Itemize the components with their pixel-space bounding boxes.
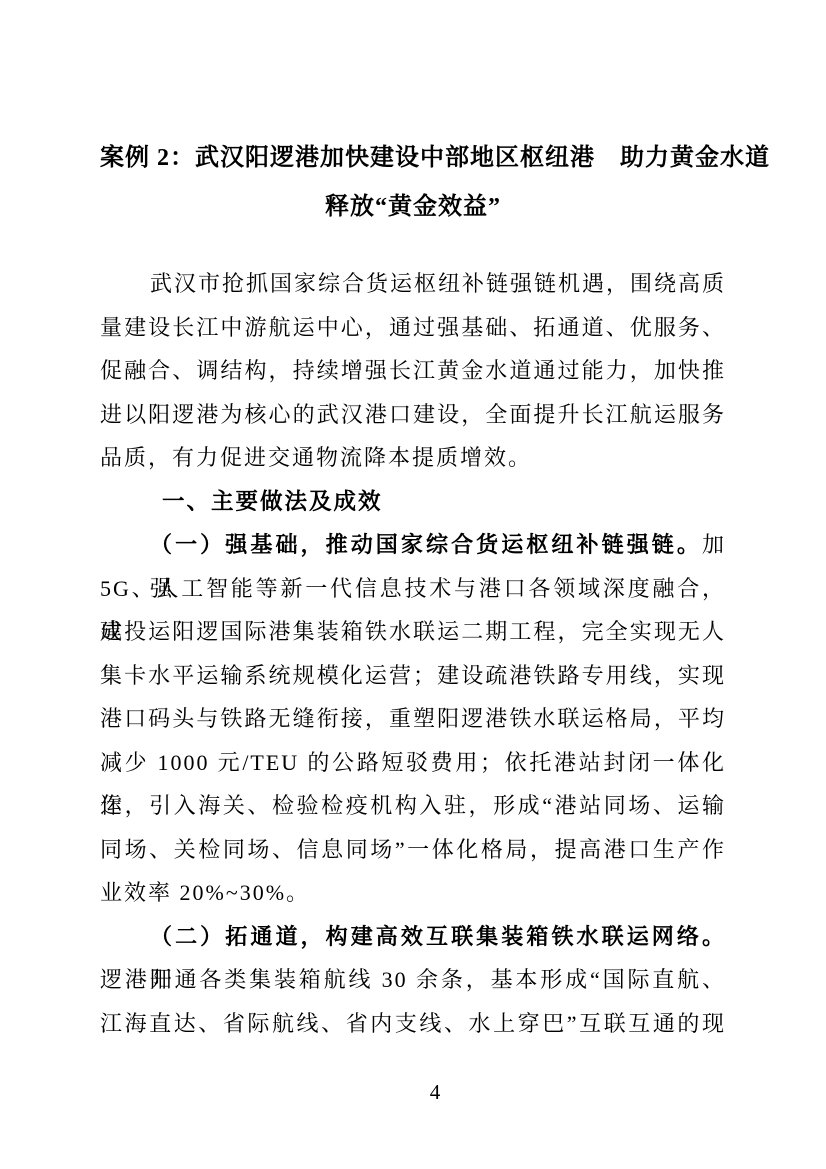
section-heading: 一、主要做法及成效: [100, 480, 726, 524]
bold-text-segment: （一）强基础，推动国家综合货运枢纽补链强链。: [150, 532, 702, 557]
bold-text-segment: （二）拓通道，构建高效互联集装箱铁水联运网络。: [150, 924, 726, 949]
body-line: （二）拓通道，构建高效互联集装箱铁水联运网络。阳: [100, 915, 726, 959]
text-segment: 进以阳逻港为核心的武汉港口建设，全面提升长江航运服务: [100, 402, 726, 427]
body-line: 量建设长江中游航运中心，通过强基础、拓通道、优服务、: [100, 306, 726, 350]
text-segment: 江海直达、省际航线、省内支线、水上穿巴”互联互通的现: [100, 1011, 726, 1036]
text-segment: 业效率 20%~30%。: [100, 880, 310, 905]
text-segment: 成投运阳逻国际港集装箱铁水联运二期工程，完全实现无人: [100, 619, 726, 644]
body-line: 同场、关检同场、信息同场”一体化格局，提高港口生产作: [100, 828, 726, 872]
document-page: 案例 2：武汉阳逻港加快建设中部地区枢纽港 助力黄金水道 释放“黄金效益” 武汉…: [0, 0, 826, 1169]
body-line: 5G、人工智能等新一代信息技术与港口各领域深度融合，建: [100, 567, 726, 611]
document-title: 案例 2：武汉阳逻港加快建设中部地区枢纽港 助力黄金水道 释放“黄金效益”: [100, 134, 726, 232]
body-line: 减少 1000 元/TEU 的公路短驳费用；依托港站封闭一体化运: [100, 741, 726, 785]
body-line: （一）强基础，推动国家综合货运枢纽补链强链。加强: [100, 523, 726, 567]
body-line: 品质，有力促进交通物流降本提质增效。: [100, 436, 726, 480]
body-line: 促融合、调结构，持续增强长江黄金水道通过能力，加快推: [100, 349, 726, 393]
body-text: 武汉市抢抓国家综合货运枢纽补链强链机遇，围绕高质量建设长江中游航运中心，通过强基…: [100, 262, 726, 1045]
document-title-line-2: 释放“黄金效益”: [100, 183, 726, 232]
text-segment: 品质，有力促进交通物流降本提质增效。: [100, 445, 532, 470]
body-line: 进以阳逻港为核心的武汉港口建设，全面提升长江航运服务: [100, 393, 726, 437]
text-segment: 同场、关检同场、信息同场”一体化格局，提高港口生产作: [100, 837, 726, 862]
text-segment: 港口码头与铁路无缝衔接，重塑阳逻港铁水联运格局，平均: [100, 706, 726, 731]
text-segment: 集卡水平运输系统规模化运营；建设疏港铁路专用线，实现: [100, 663, 726, 688]
text-segment: 武汉市抢抓国家综合货运枢纽补链强链机遇，围绕高质: [150, 271, 726, 296]
document-title-line-1: 案例 2：武汉阳逻港加快建设中部地区枢纽港 助力黄金水道: [100, 134, 726, 183]
body-line: 作，引入海关、检验检疫机构入驻，形成“港站同场、运输: [100, 784, 726, 828]
body-line: 江海直达、省际航线、省内支线、水上穿巴”互联互通的现: [100, 1002, 726, 1046]
text-segment: 促融合、调结构，持续增强长江黄金水道通过能力，加快推: [100, 358, 726, 383]
body-line: 港口码头与铁路无缝衔接，重塑阳逻港铁水联运格局，平均: [100, 697, 726, 741]
body-line: 武汉市抢抓国家综合货运枢纽补链强链机遇，围绕高质: [100, 262, 726, 306]
body-line: 集卡水平运输系统规模化运营；建设疏港铁路专用线，实现: [100, 654, 726, 698]
page-number: 4: [0, 1077, 826, 1107]
body-line: 成投运阳逻国际港集装箱铁水联运二期工程，完全实现无人: [100, 610, 726, 654]
text-segment: 作，引入海关、检验检疫机构入驻，形成“港站同场、运输: [100, 793, 726, 818]
bold-text-segment: 一、主要做法及成效: [162, 489, 383, 514]
body-line: 业效率 20%~30%。: [100, 871, 726, 915]
text-segment: 逻港开通各类集装箱航线 30 余条，基本形成“国际直航、: [100, 967, 726, 992]
text-segment: 量建设长江中游航运中心，通过强基础、拓通道、优服务、: [100, 315, 726, 340]
body-line: 逻港开通各类集装箱航线 30 余条，基本形成“国际直航、: [100, 958, 726, 1002]
